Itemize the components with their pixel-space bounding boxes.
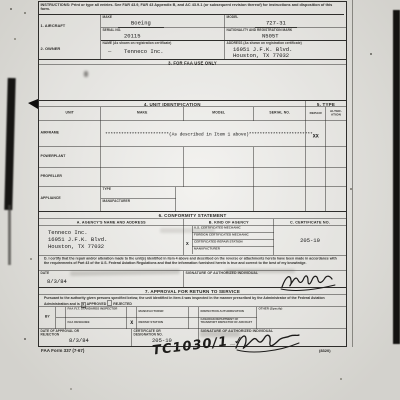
propeller-model-cell	[184, 168, 254, 187]
scan-triangle-mark	[28, 99, 38, 109]
airframe-value: ************************(As described in…	[105, 132, 313, 137]
aircraft-section-label: 1. AIRCRAFT	[39, 15, 101, 29]
airframe-alteration-cell	[326, 121, 346, 147]
propeller-make-cell	[101, 168, 184, 187]
type-header-bar: 5. TYPE	[306, 100, 346, 107]
conformity-agency-header-cell: A. AGENCY'S NAME AND ADDRESS	[39, 219, 184, 226]
form-anchor: INSTRUCTIONS: Print or type all entries.…	[38, 1, 345, 345]
conformity-agency-header: A. AGENCY'S NAME AND ADDRESS	[39, 219, 184, 224]
powerplant-model-cell	[184, 147, 254, 168]
powerplant-alteration-cell	[326, 147, 346, 168]
faa-use-box	[39, 65, 346, 100]
aircraft-make-label: MAKE	[101, 15, 225, 20]
by-r2-l2-cell: REPAIR STATION	[137, 318, 189, 329]
approval-statement-cell: Pursuant to the authority given persons …	[39, 295, 346, 307]
by-label: BY	[39, 307, 56, 320]
aircraft-section-label-cell: 1. AIRCRAFT	[39, 15, 101, 41]
aircraft-serial-label: SERIAL NO.	[101, 28, 225, 33]
col-make-label: MAKE	[101, 107, 184, 115]
aircraft-serial-cell: SERIAL NO. 20115	[101, 28, 225, 41]
conformity-date-cell: DATE 8/3/84	[39, 271, 184, 288]
faa-form-337: INSTRUCTIONS: Print or type all entries.…	[38, 1, 347, 347]
by-r1-l1: FAA FLT. STANDARDS INSPECTOR	[66, 307, 127, 311]
appliance-alteration-cell	[326, 187, 346, 212]
propeller-label-cell: PROPELLER	[39, 168, 101, 187]
by-r1-l2-cell: MANUFACTURER	[137, 307, 189, 318]
by-r1-l1-cell: FAA FLT. STANDARDS INSPECTOR	[66, 307, 127, 318]
approval-date-label: DATE OF APPROVAL OR REJECTION	[39, 329, 97, 337]
by-r1-l3: INSPECTION AUTHORIZATION	[199, 307, 257, 314]
aircraft-registration-cell: NATIONALITY AND REGISTRATION MARK N505T	[225, 28, 346, 41]
kind-row-1: U.S. CERTIFICATED MECHANIC	[192, 226, 274, 233]
col-unit: UNIT	[39, 107, 101, 121]
by-r1-cb1	[56, 307, 66, 318]
aircraft-model-value: 727-31	[255, 21, 297, 28]
col-repair-label: REPAIR	[306, 107, 326, 115]
owner-section-label: 2. OWNER	[39, 41, 101, 52]
by-r1-l2: MANUFACTURER	[137, 307, 189, 314]
owner-name-dash: —	[108, 49, 111, 55]
propeller-repair-cell	[306, 168, 326, 187]
certify-statement: D. I certify that the repair and/or alte…	[39, 256, 346, 268]
agency-name: Tenneco Inc.	[48, 230, 88, 236]
col-serial: SERIAL NO.	[254, 107, 306, 121]
approved-label: APPROVED	[87, 303, 107, 307]
kind-repair-station: CERTIFICATED REPAIR STATION	[193, 240, 275, 244]
owner-name-label: NAME (As shown on registration certifica…	[101, 41, 225, 46]
approval-header: 7. APPROVAL FOR RETURN TO SERVICE	[39, 288, 346, 294]
kind-checked-mark: X	[186, 242, 189, 247]
col-repair: REPAIR	[306, 107, 326, 121]
kind-manufacturer: MANUFACTURER	[193, 247, 275, 251]
conformity-header-bar: 6. CONFORMITY STATEMENT	[39, 212, 346, 219]
conformity-date-value: 8/3/84	[47, 279, 67, 285]
airframe-value-cell: ************************(As described in…	[101, 121, 306, 147]
by-r2-l1: FAA DESIGNEE	[66, 318, 127, 325]
scan-edge-right	[393, 10, 400, 344]
scan-specks	[10, 8, 12, 10]
kind-row-2: FOREIGN CERTIFICATED MECHANIC	[192, 233, 274, 240]
type-header: 5. TYPE	[306, 101, 346, 107]
conformity-cert-cell: 205-10	[274, 226, 346, 255]
conformity-date-label: DATE	[39, 271, 184, 276]
airframe-repair-mark: XX	[306, 121, 326, 140]
col-model-label: MODEL	[184, 107, 254, 115]
scan-crease-line	[352, 0, 353, 347]
instructions-box: INSTRUCTIONS: Print or type all entries.…	[39, 2, 344, 15]
repair-station-mark: X	[127, 318, 137, 326]
col-make: MAKE	[101, 107, 184, 121]
unit-id-header-bar: 4. UNIT IDENTIFICATION	[39, 100, 306, 107]
agency-address2: Houston, TX 77032	[48, 244, 104, 250]
by-r2-l3-cell: CANADIAN DEPARTMENT OF TRANSPORT INSPECT…	[199, 318, 257, 329]
powerplant-repair-cell	[306, 147, 326, 168]
conformity-header: 6. CONFORMITY STATEMENT	[39, 212, 346, 218]
rejected-label: REJECTED	[113, 303, 132, 307]
aircraft-make-value: Boeing	[118, 21, 164, 28]
by-other-label: OTHER (Specify)	[257, 307, 346, 311]
scan-streak-left-2	[8, 205, 11, 265]
by-r2-cb2: X	[127, 318, 137, 329]
aircraft-make-cell: MAKE Boeing	[101, 15, 225, 28]
appliance-label: APPLIANCE	[39, 187, 101, 201]
rejected-checkbox	[107, 301, 112, 306]
scanned-page: INSTRUCTIONS: Print or type all entries.…	[0, 0, 400, 400]
approval-header-bar: 7. APPROVAL FOR RETURN TO SERVICE	[39, 288, 346, 295]
approval-date-cell: DATE OF APPROVAL OR REJECTION 8/3/84	[39, 329, 132, 346]
kind-row-4: MANUFACTURER	[192, 247, 274, 254]
col-unit-label: UNIT	[39, 107, 101, 115]
page-code: (8320)	[319, 349, 331, 354]
propeller-alteration-cell	[326, 168, 346, 187]
col-alteration: ALTER- ATION	[326, 107, 346, 121]
by-r2-cb1	[56, 318, 66, 329]
aircraft-model-label: MODEL	[225, 15, 346, 20]
owner-name-cell: NAME (As shown on registration certifica…	[101, 41, 225, 59]
by-other-cell: OTHER (Specify)	[257, 307, 346, 329]
appliance-model-cell	[176, 187, 254, 212]
owner-name-value: Tenneco Inc.	[124, 49, 164, 55]
col-serial-label: SERIAL NO.	[254, 107, 306, 115]
conformity-cert-header-cell: C. CERTIFICATE NO.	[274, 219, 346, 226]
approval-cert-label: CERTIFICATE OR DESIGNATION NO.	[132, 329, 180, 337]
by-r1-cb2	[127, 307, 137, 318]
by-r2-l3: CANADIAN DEPARTMENT OF TRANSPORT INSPECT…	[199, 318, 257, 325]
aircraft-registration-label: NATIONALITY AND REGISTRATION MARK	[225, 28, 346, 33]
conformity-agency-cell: Tenneco Inc. 16951 J.F.K. Blvd. Houston,…	[39, 226, 184, 255]
scan-streak-left	[4, 78, 15, 210]
col-alteration-label: ALTER- ATION	[326, 107, 346, 117]
col-model: MODEL	[184, 107, 254, 121]
conformity-kind-header-cell: B. KIND OF AGENCY	[184, 219, 274, 226]
certify-statement-cell: D. I certify that the repair and/or alte…	[39, 255, 346, 271]
kind-row-3: CERTIFICATED REPAIR STATION	[192, 240, 274, 247]
conformity-kind-cell: U.S. CERTIFICATED MECHANIC FOREIGN CERTI…	[184, 226, 274, 255]
airframe-label-cell: AIRFRAME	[39, 121, 101, 147]
propeller-label: PROPELLER	[39, 168, 101, 179]
by-r2-l2: REPAIR STATION	[137, 318, 189, 325]
aircraft-serial-value: 20115	[114, 34, 151, 41]
agency-address1: 16951 J.F.K. Blvd.	[48, 237, 107, 243]
form-number: FAA Form 337 (7-67)	[41, 348, 84, 353]
kind-us-mechanic: U.S. CERTIFICATED MECHANIC	[193, 226, 275, 230]
by-r1-cb3	[189, 307, 199, 318]
unit-id-header: 4. UNIT IDENTIFICATION	[39, 101, 306, 107]
by-label-cell: BY	[39, 307, 56, 329]
conformity-cert-header: C. CERTIFICATE NO.	[274, 219, 346, 224]
instructions-text: INSTRUCTIONS: Print or type all entries.…	[39, 2, 344, 12]
appliance-repair-cell	[306, 187, 326, 212]
by-r2-l1-cell: FAA DESIGNEE	[66, 318, 127, 329]
aircraft-model-cell: MODEL 727-31	[225, 15, 346, 28]
kind-foreign-mechanic: FOREIGN CERTIFICATED MECHANIC	[193, 233, 275, 237]
handwritten-checkmark: ✓	[233, 333, 245, 347]
powerplant-label: POWERPLANT	[39, 147, 101, 159]
airframe-label: AIRFRAME	[39, 121, 101, 136]
conformity-signature-cell: SIGNATURE OF AUTHORIZED INDIVIDUAL	[184, 271, 346, 288]
propeller-serial-cell	[254, 168, 306, 187]
powerplant-label-cell: POWERPLANT	[39, 147, 101, 168]
by-r2-cb3	[189, 318, 199, 329]
appliance-serial-cell	[254, 187, 306, 212]
owner-section-label-cell: 2. OWNER	[39, 41, 101, 59]
appliance-row-bottom-line	[101, 187, 176, 212]
approval-date-value: 8/3/84	[69, 338, 89, 344]
aircraft-registration-value: N505T	[253, 34, 288, 41]
powerplant-serial-cell	[254, 147, 306, 168]
owner-address-cell: ADDRESS (As shown on registration certif…	[225, 41, 346, 59]
by-r1-l3-cell: INSPECTION AUTHORIZATION	[199, 307, 257, 318]
certificate-no: 205-10	[274, 226, 346, 244]
powerplant-make-cell	[101, 147, 184, 168]
owner-address-label: ADDRESS (As shown on registration certif…	[225, 41, 346, 46]
appliance-label-cell: APPLIANCE	[39, 187, 101, 212]
airframe-repair-cell: XX	[306, 121, 326, 147]
conformity-kind-header: B. KIND OF AGENCY	[184, 219, 274, 224]
